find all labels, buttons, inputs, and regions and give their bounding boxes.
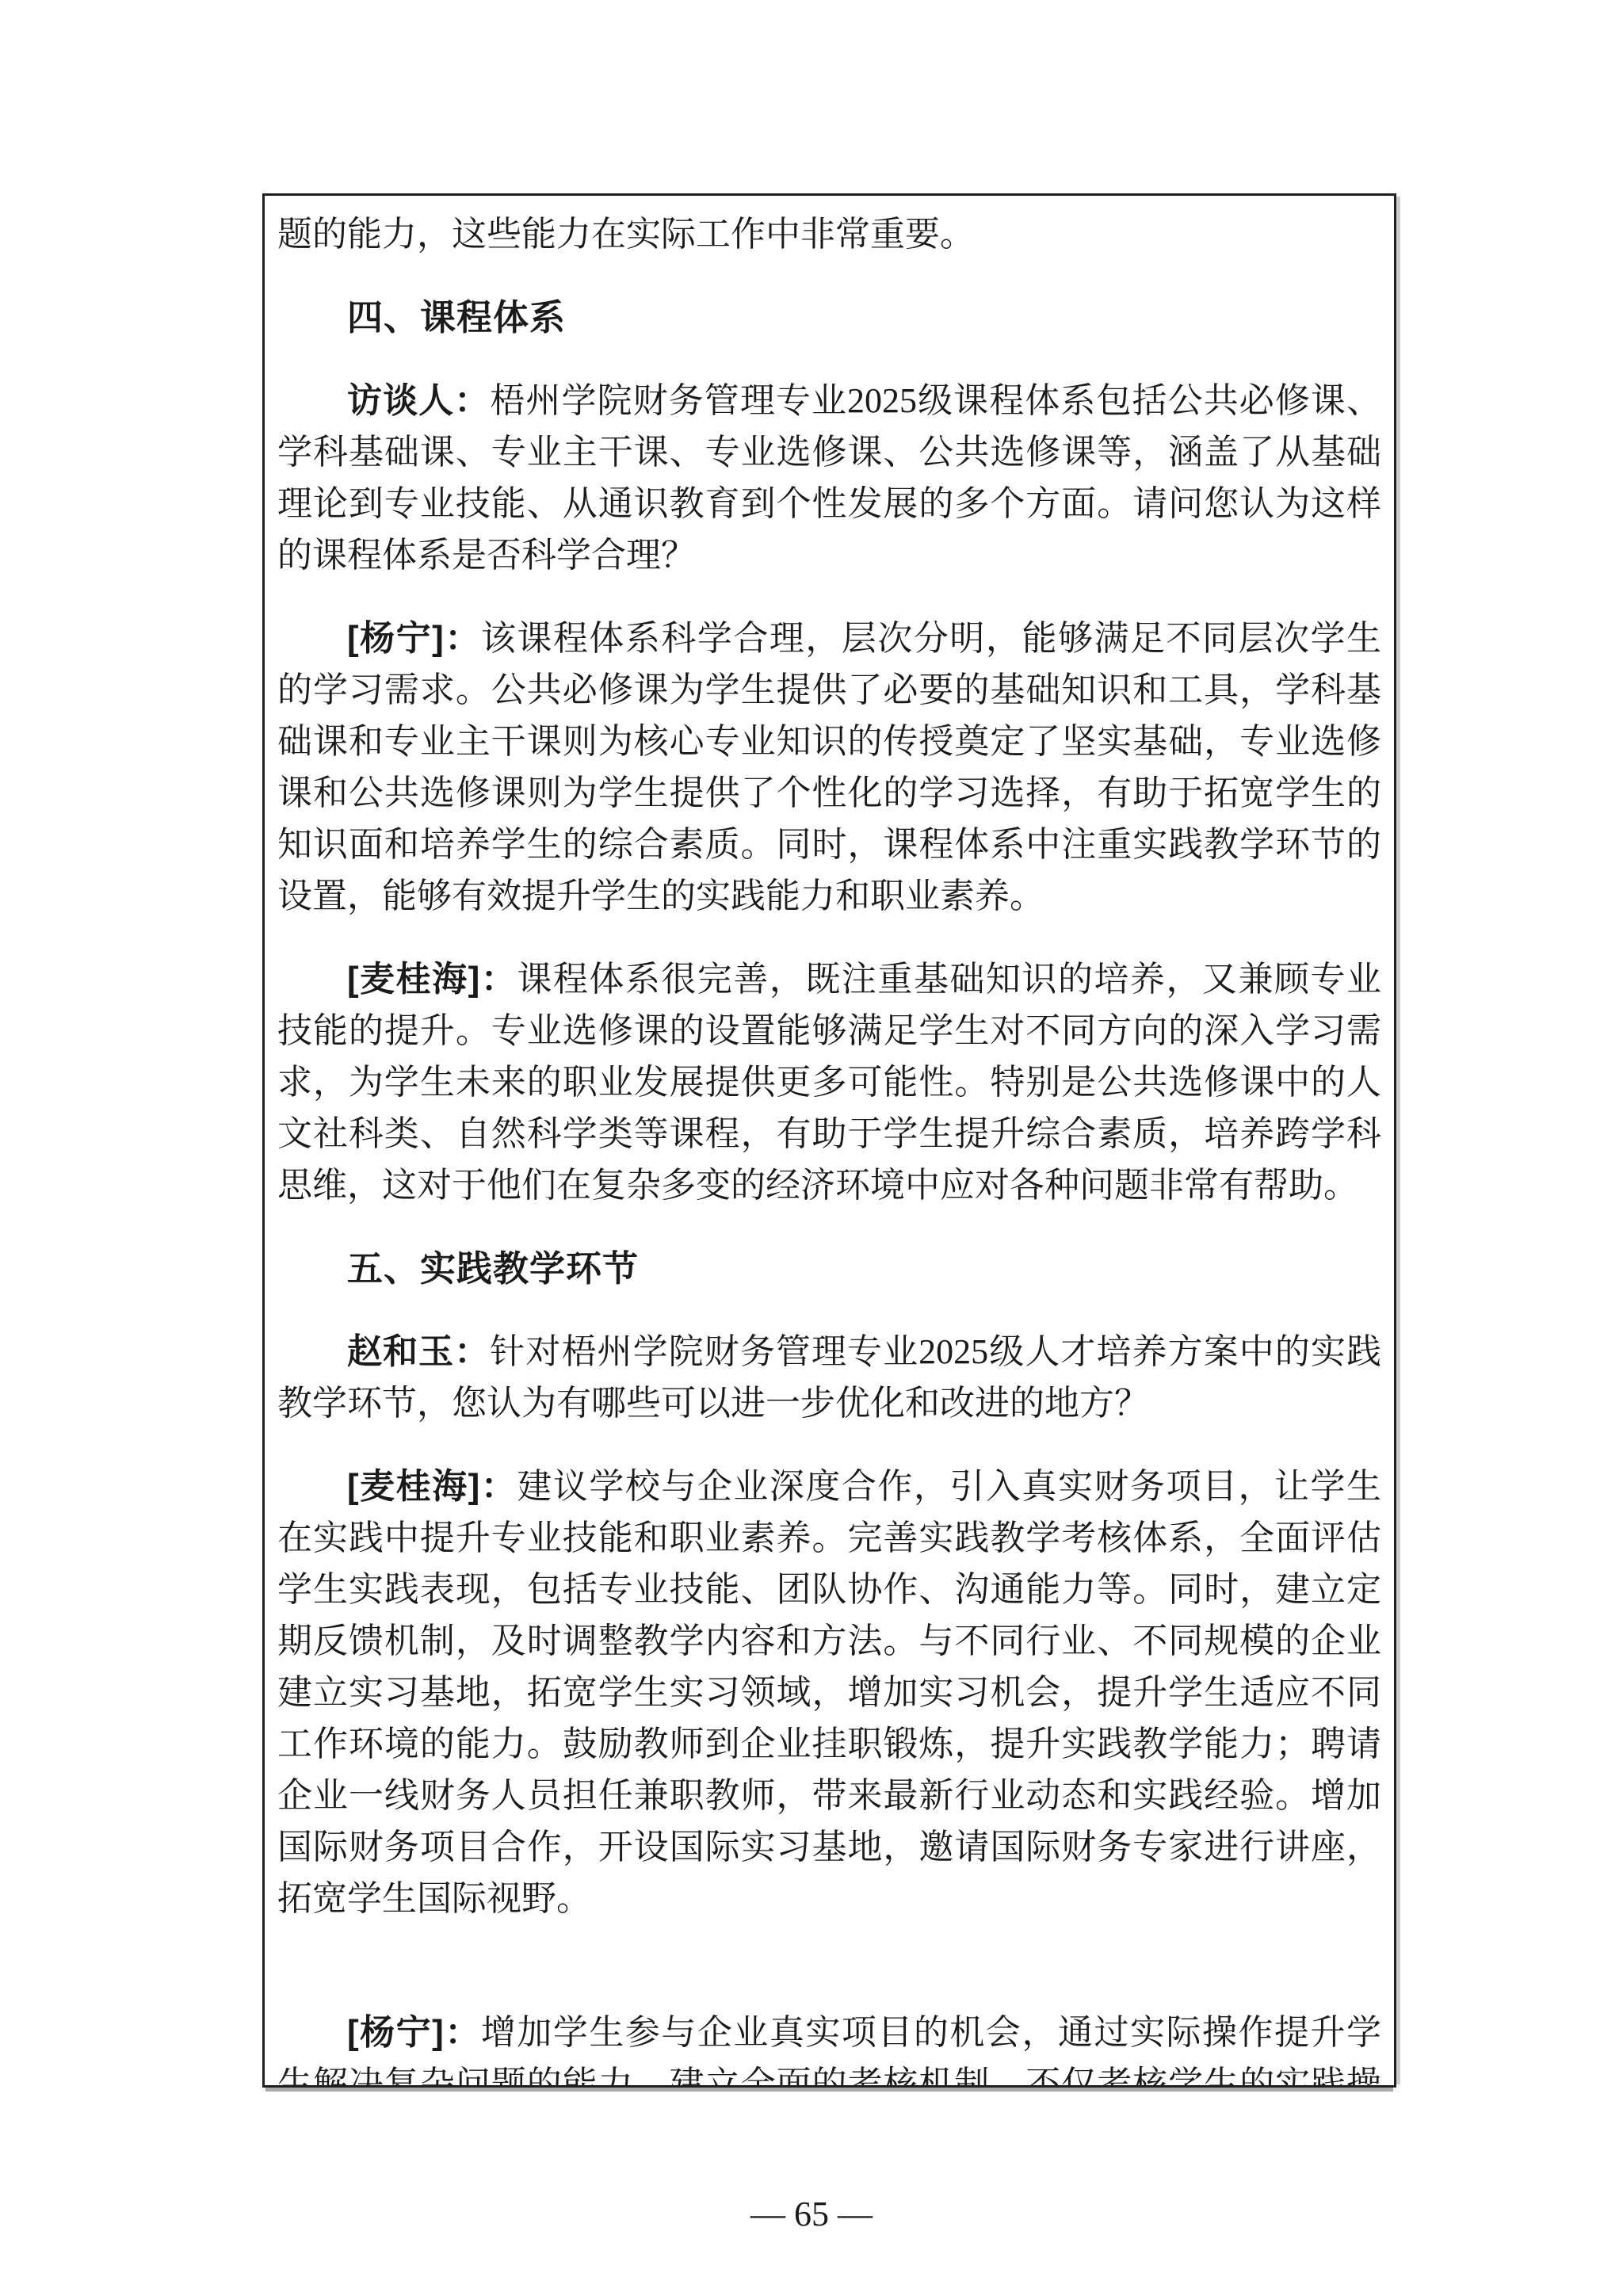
- paragraph-yangning-answer-2: [杨宁]：增加学生参与企业真实项目的机会，通过实际操作提升学生解决复杂问题的能力…: [277, 2007, 1381, 2088]
- paragraph-text: 题的能力，这些能力在实际工作中非常重要。: [277, 215, 975, 254]
- speaker-label: [麦桂海]：: [347, 1467, 517, 1506]
- paragraph-zhaoheyu-question: 赵和玉：针对梧州学院财务管理专业2025级人才培养方案中的实践教学环节，您认为有…: [277, 1326, 1381, 1429]
- heading-practice-teaching: 五、实践教学环节: [277, 1243, 1381, 1294]
- paragraph-text: 建议学校与企业深度合作，引入真实财务项目，让学生在实践中提升专业技能和职业素养。…: [277, 1467, 1381, 1918]
- paragraph-interviewer-question: 访谈人：梧州学院财务管理专业2025级课程体系包括公共必修课、学科基础课、专业主…: [277, 375, 1381, 581]
- continued-paragraph: 题的能力，这些能力在实际工作中非常重要。: [277, 208, 1381, 260]
- speaker-label: 赵和玉：: [347, 1332, 490, 1371]
- speaker-label: 访谈人：: [347, 381, 490, 420]
- speaker-label: [杨宁]：: [347, 2013, 481, 2052]
- paragraph-maiguihai-answer: [麦桂海]：课程体系很完善，既注重基础知识的培养，又兼顾专业技能的提升。专业选修…: [277, 953, 1381, 1211]
- page-number: — 65 —: [0, 2194, 1623, 2235]
- table-cell: 题的能力，这些能力在实际工作中非常重要。 四、课程体系 访谈人：梧州学院财务管理…: [262, 193, 1396, 2088]
- paragraph-maiguihai-answer-2: [麦桂海]：建议学校与企业深度合作，引入真实财务项目，让学生在实践中提升专业技能…: [277, 1461, 1381, 1924]
- speaker-label: [麦桂海]：: [347, 960, 517, 999]
- heading-text: 五、实践教学环节: [347, 1248, 639, 1289]
- heading-text: 四、课程体系: [347, 297, 566, 338]
- document-page: 题的能力，这些能力在实际工作中非常重要。 四、课程体系 访谈人：梧州学院财务管理…: [0, 0, 1623, 2296]
- paragraph-yangning-answer: [杨宁]：该课程体系科学合理，层次分明，能够满足不同层次学生的学习需求。公共必修…: [277, 613, 1381, 922]
- heading-curriculum-system: 四、课程体系: [277, 292, 1381, 343]
- speaker-label: [杨宁]：: [347, 619, 481, 658]
- paragraph-text: 该课程体系科学合理，层次分明，能够满足不同层次学生的学习需求。公共必修课为学生提…: [277, 619, 1381, 915]
